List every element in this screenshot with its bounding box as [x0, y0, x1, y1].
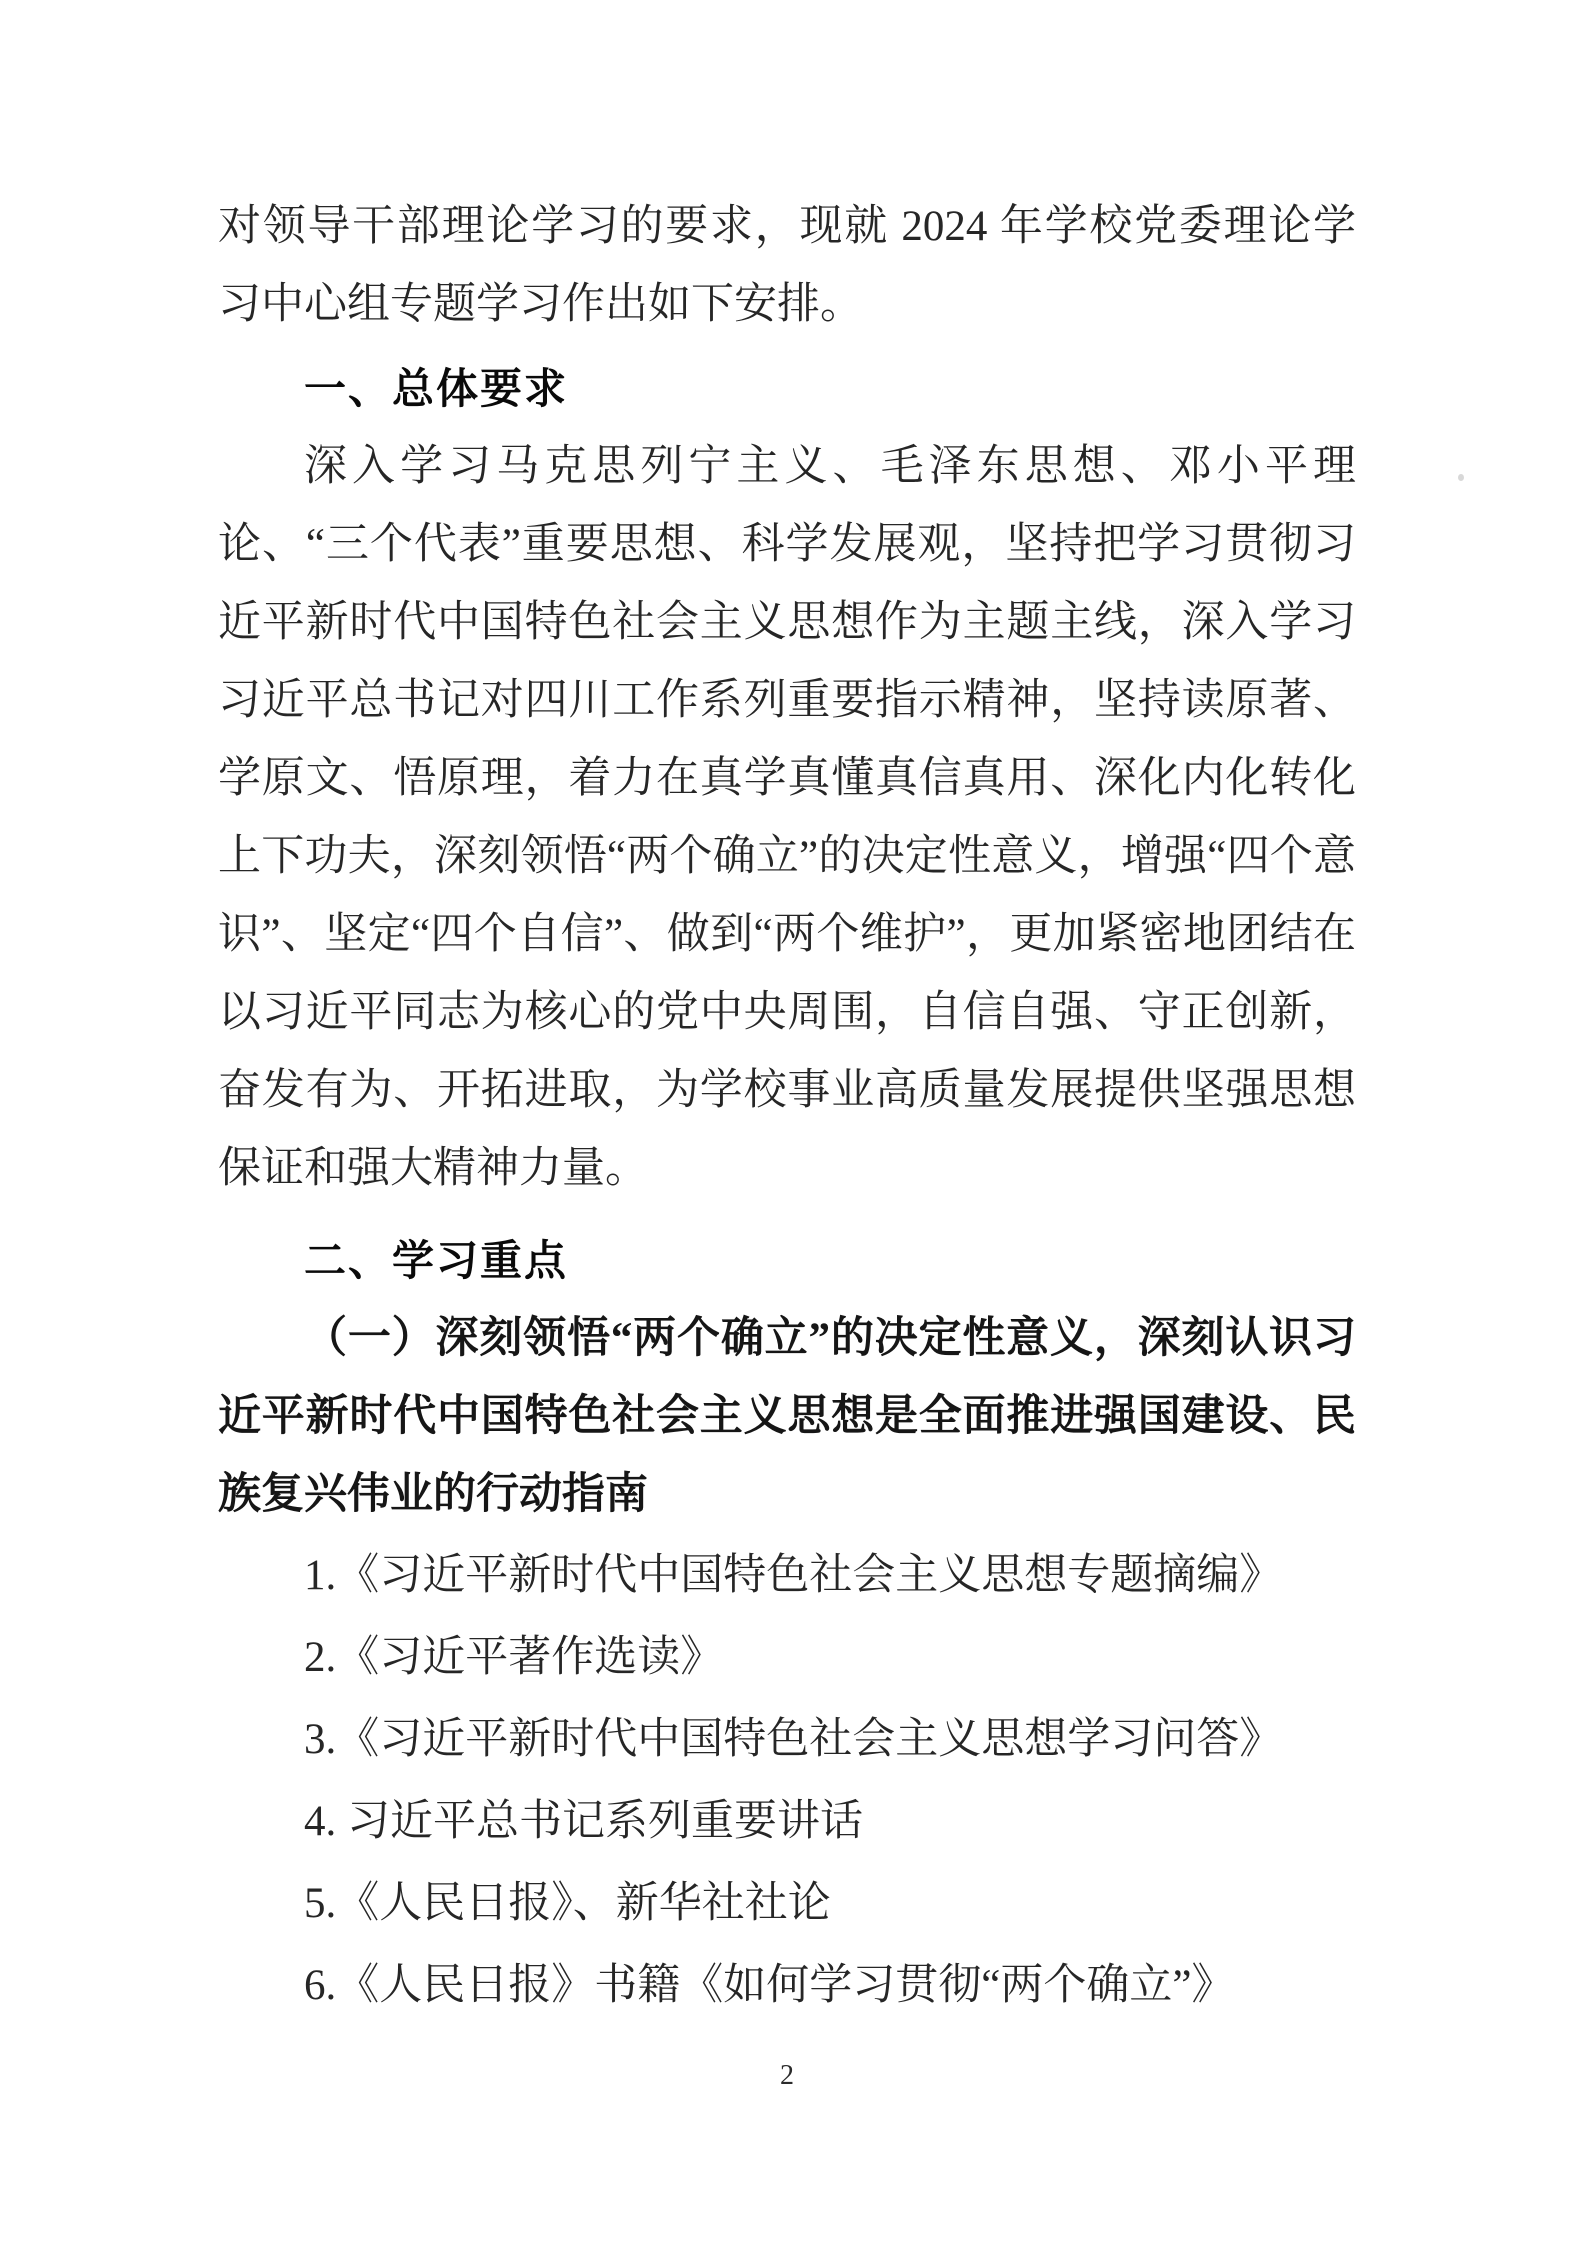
section-heading-study-focus: 二、学习重点 [218, 1222, 1356, 1300]
reading-list-item-2: 2.《习近平著作选读》 [218, 1618, 1356, 1698]
reading-list-item-6: 6.《人民日报》书籍《如何学习贯彻“两个确立”》 [218, 1946, 1356, 2026]
reading-list-item-5: 5.《人民日报》、新华社社论 [218, 1864, 1356, 1944]
scan-artifact-speck [1458, 474, 1464, 481]
reading-list-item-4: 4. 习近平总书记系列重要讲话 [218, 1782, 1356, 1862]
focus-item-1-title: （一）深刻领悟“两个确立”的决定性意义，深刻认识习近平新时代中国特色社会主义思想… [218, 1300, 1356, 1534]
intro-continuation-paragraph: 对领导干部理论学习的要求，现就 2024 年学校党委理论学习中心组专题学习作出如… [218, 188, 1356, 344]
reading-list: 1.《习近平新时代中国特色社会主义思想专题摘编》 2.《习近平著作选读》 3.《… [218, 1536, 1356, 2026]
document-content: 对领导干部理论学习的要求，现就 2024 年学校党委理论学习中心组专题学习作出如… [218, 188, 1356, 2026]
document-page: 对领导干部理论学习的要求，现就 2024 年学校党委理论学习中心组专题学习作出如… [0, 0, 1588, 2244]
overall-requirements-paragraph: 深入学习马克思列宁主义、毛泽东思想、邓小平理论、“三个代表”重要思想、科学发展观… [218, 428, 1356, 1208]
reading-list-item-1: 1.《习近平新时代中国特色社会主义思想专题摘编》 [218, 1536, 1356, 1616]
page-number: 2 [218, 2056, 1356, 2096]
section-heading-overall-requirements: 一、总体要求 [218, 350, 1356, 428]
reading-list-item-3: 3.《习近平新时代中国特色社会主义思想学习问答》 [218, 1700, 1356, 1780]
